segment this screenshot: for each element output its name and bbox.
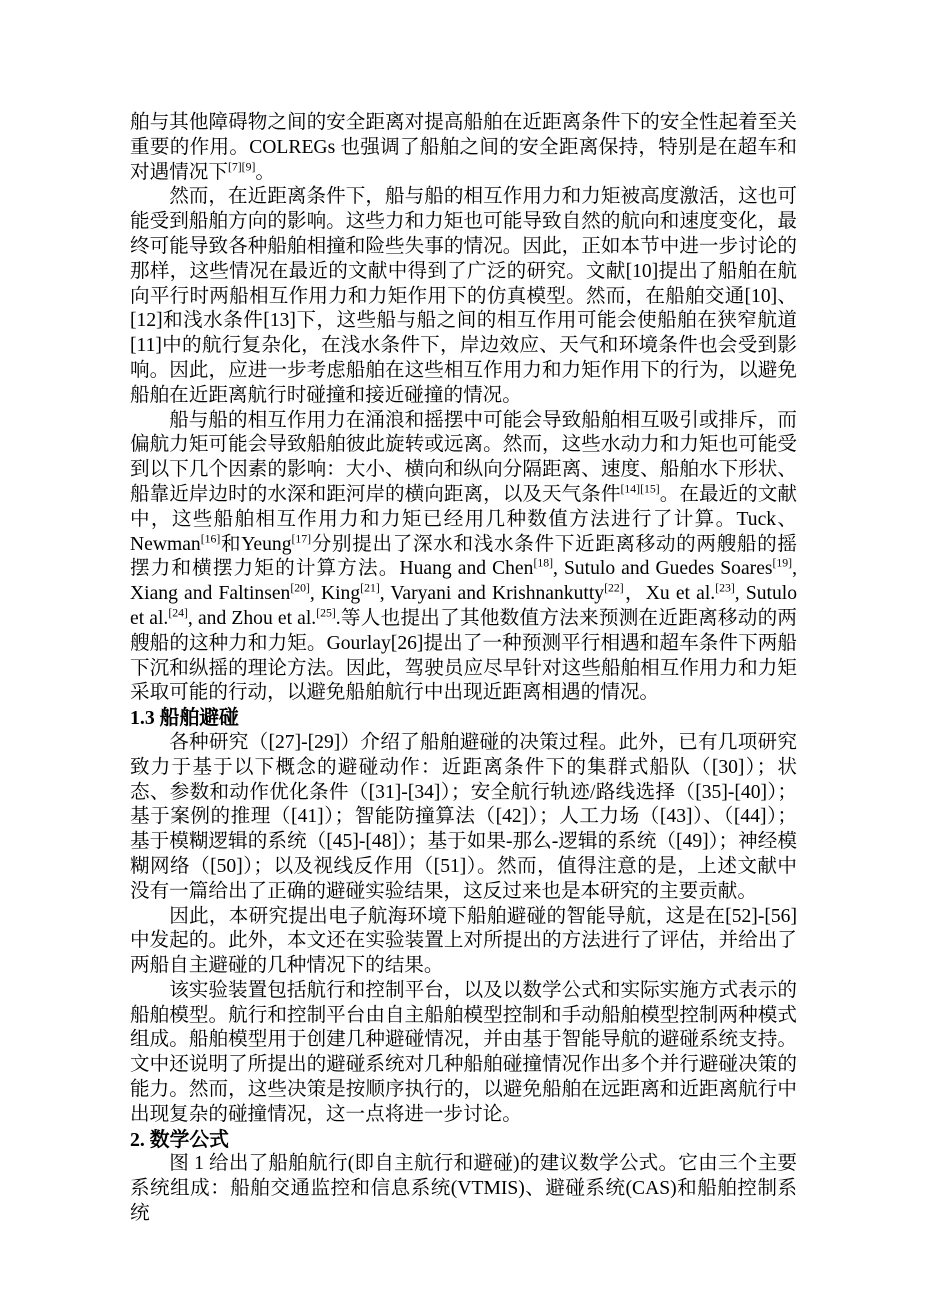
text-run: 各种研究（[27]-[29]）介绍了船舶避碰的决策过程。此外，已有几项研究致力于… — [130, 732, 797, 902]
section-heading: 1.3 船舶避碰 — [130, 706, 797, 731]
citation-superscript: [16] — [201, 532, 221, 545]
text-run: 然而，在近距离条件下，船与船的相互作用力和力矩被高度激活，这也可能受到船舶方向的… — [130, 186, 797, 405]
citation-superscript: [7][9] — [228, 160, 255, 173]
text-run: , and Zhou et al. — [188, 608, 316, 629]
section-heading: 2. 数学公式 — [130, 1128, 797, 1153]
citation-superscript: [18] — [533, 557, 553, 570]
paragraph: 因此，本研究提出电子航海环境下船舶避碰的智能导航，这是在[52]-[56]中发起… — [130, 905, 797, 979]
citation-superscript: [14][15] — [621, 482, 660, 495]
document-page: 舶与其他障碍物之间的安全距离对提高船舶在近距离条件下的安全性起着至关重要的作用。… — [0, 0, 926, 1309]
text-run: , Varyani and Krishnankutty — [380, 583, 604, 604]
text-run: 。 — [255, 162, 275, 183]
text-run: 图 1 给出了船舶航行(即自主航行和避碰)的建议数学公式。它由三个主要系统组成：… — [130, 1153, 797, 1224]
text-run: 2. 数学公式 — [130, 1129, 229, 1151]
text-run: 该实验装置包括航行和控制平台，以及以数学公式和实际实施方式表示的船舶模型。航行和… — [130, 980, 797, 1125]
citation-superscript: [22] — [604, 582, 624, 595]
text-run: 1.3 船舶避碰 — [130, 707, 239, 729]
citation-superscript: [20] — [290, 582, 310, 595]
text-run: 因此，本研究提出电子航海环境下船舶避碰的智能导航，这是在[52]-[56]中发起… — [130, 906, 797, 977]
text-run: ，Xu et al. — [624, 583, 716, 604]
document-body: 舶与其他障碍物之间的安全距离对提高船舶在近距离条件下的安全性起着至关重要的作用。… — [130, 111, 797, 1227]
paragraph: 舶与其他障碍物之间的安全距离对提高船舶在近距离条件下的安全性起着至关重要的作用。… — [130, 111, 797, 185]
citation-superscript: [21] — [360, 582, 380, 595]
paragraph: 船与船的相互作用力在涌浪和摇摆中可能会导致船舶相互吸引或排斥，而偏航力矩可能会导… — [130, 409, 797, 707]
citation-superscript: [24] — [168, 606, 188, 619]
paragraph: 各种研究（[27]-[29]）介绍了船舶避碰的决策过程。此外，已有几项研究致力于… — [130, 731, 797, 905]
citation-superscript: [17] — [292, 532, 312, 545]
text-run: , Sutulo and Guedes Soares — [553, 558, 773, 579]
citation-superscript: [23] — [715, 582, 735, 595]
paragraph: 然而，在近距离条件下，船与船的相互作用力和力矩被高度激活，这也可能受到船舶方向的… — [130, 185, 797, 408]
text-run: , King — [310, 583, 360, 604]
paragraph: 该实验装置包括航行和控制平台，以及以数学公式和实际实施方式表示的船舶模型。航行和… — [130, 979, 797, 1128]
text-run: 和Yeung — [220, 534, 291, 555]
citation-superscript: [19] — [773, 557, 793, 570]
citation-superscript: [25] — [316, 606, 336, 619]
paragraph: 图 1 给出了船舶航行(即自主航行和避碰)的建议数学公式。它由三个主要系统组成：… — [130, 1152, 797, 1226]
